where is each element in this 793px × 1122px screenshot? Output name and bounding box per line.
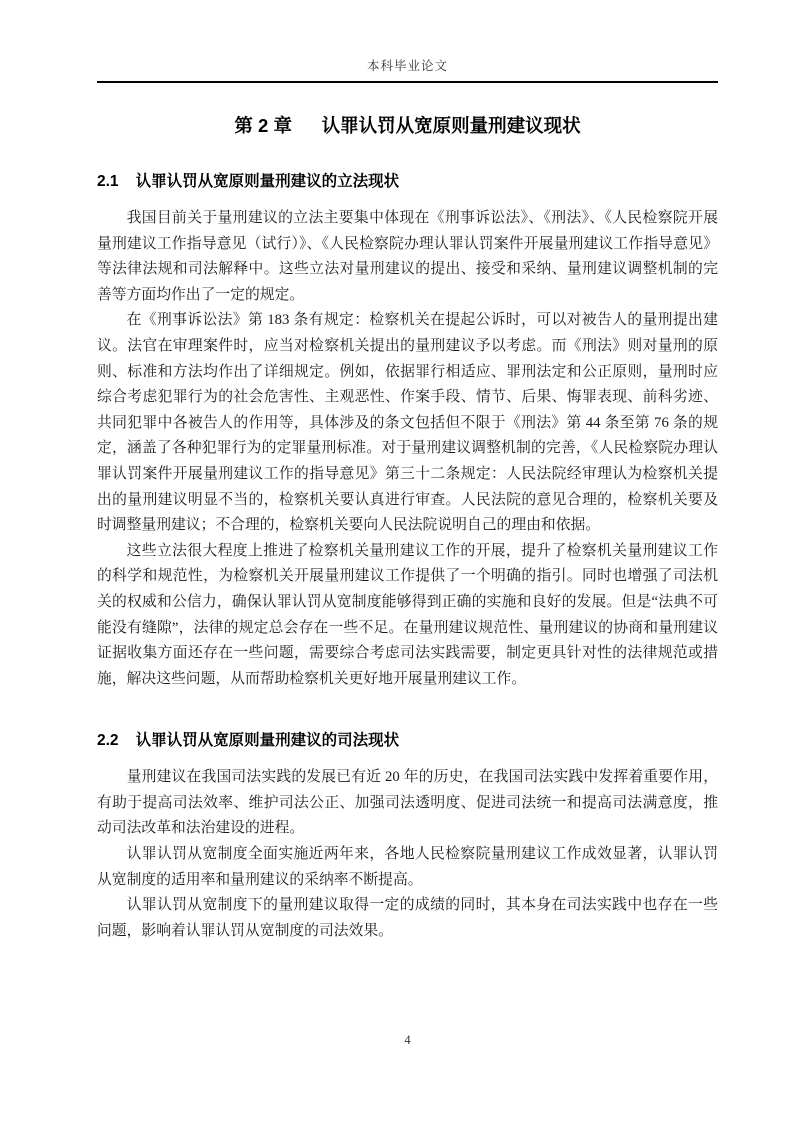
paragraph: 量刑建议在我国司法实践的发展已有近 20 年的历史，在我国司法实践中发挥着重要作… — [97, 765, 718, 842]
chapter-title-text: 认罪认罚从宽原则量刑建议现状 — [322, 115, 581, 136]
section-heading-2-2: 2.2认罪认罚从宽原则量刑建议的司法现状 — [97, 728, 718, 750]
paragraph: 在《刑事诉讼法》第 183 条有规定：检察机关在提起公诉时，可以对被告人的量刑提… — [97, 308, 718, 538]
document-page: 本科毕业论文 第 2 章认罪认罚从宽原则量刑建议现状 2.1认罪认罚从宽原则量刑… — [0, 0, 793, 1122]
section-title-2-1: 认罪认罚从宽原则量刑建议的立法现状 — [136, 173, 400, 190]
paragraph: 认罪认罚从宽制度下的量刑建议取得一定的成绩的同时，其本身在司法实践中也存在一些问… — [97, 893, 718, 944]
section-heading-2-1: 2.1认罪认罚从宽原则量刑建议的立法现状 — [97, 169, 718, 191]
paragraph: 这些立法很大程度上推进了检察机关量刑建议工作的开展，提升了检察机关量刑建议工作的… — [97, 539, 718, 693]
page-footer: 4 — [97, 1033, 718, 1048]
section-number-2-1: 2.1 — [97, 173, 119, 190]
header-rule — [97, 81, 718, 83]
section-2-1-body: 我国目前关于量刑建议的立法主要集中体现在《刑事诉讼法》、《刑法》、《人民检察院开… — [97, 206, 718, 692]
section-2-2-body: 量刑建议在我国司法实践的发展已有近 20 年的历史，在我国司法实践中发挥着重要作… — [97, 765, 718, 944]
paragraph: 我国目前关于量刑建议的立法主要集中体现在《刑事诉讼法》、《刑法》、《人民检察院开… — [97, 206, 718, 308]
chapter-number: 第 2 章 — [234, 115, 292, 136]
page-header-text: 本科毕业论文 — [367, 59, 448, 73]
section-number-2-2: 2.2 — [97, 732, 119, 749]
page-header: 本科毕业论文 — [97, 56, 718, 81]
page-number: 4 — [404, 1033, 410, 1047]
paragraph: 认罪认罚从宽制度全面实施近两年来，各地人民检察院量刑建议工作成效显著，认罪认罚从… — [97, 842, 718, 893]
section-title-2-2: 认罪认罚从宽原则量刑建议的司法现状 — [136, 732, 400, 749]
chapter-title: 第 2 章认罪认罚从宽原则量刑建议现状 — [97, 112, 718, 138]
